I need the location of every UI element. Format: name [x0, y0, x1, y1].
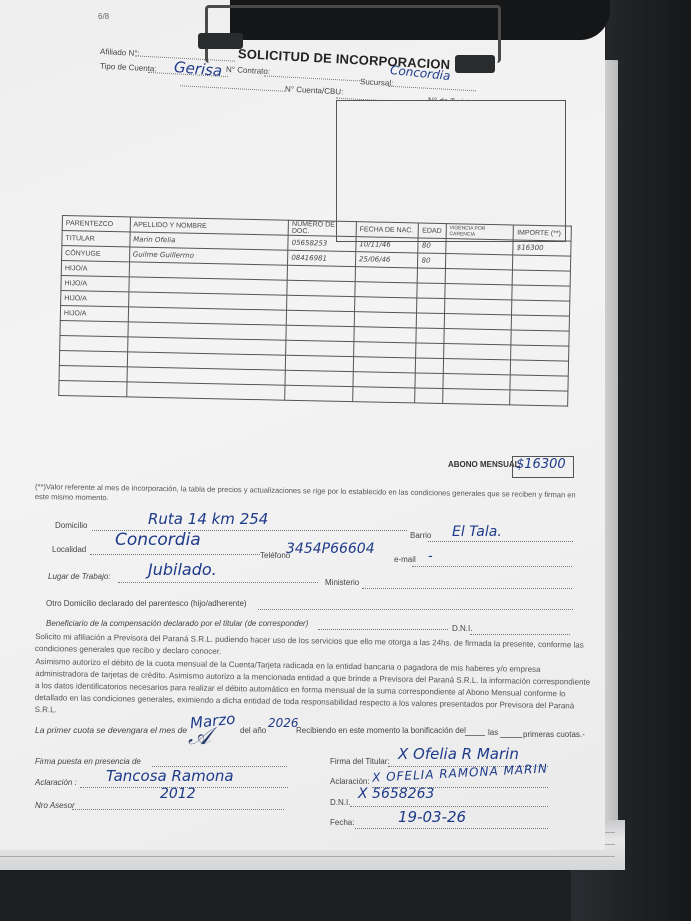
las-label: las	[488, 728, 498, 737]
domicilio-label: Domicilio	[55, 521, 87, 530]
clip-foot-right	[455, 55, 495, 73]
cell-vigencia[interactable]	[444, 299, 512, 315]
aclaracion-right-label: Aclaración:	[330, 777, 370, 786]
cell-fecha[interactable]	[354, 312, 417, 328]
beneficiario-dni-label: D.N.I.	[452, 624, 472, 633]
localidad-line[interactable]	[90, 554, 260, 555]
cell-fecha[interactable]	[353, 342, 416, 358]
witness-signature: 𝒜	[188, 722, 211, 750]
col-parentezco: PARENTEZCO	[62, 216, 130, 232]
cell-doc[interactable]	[285, 385, 353, 401]
cell-fecha[interactable]: 10/11/46	[356, 237, 419, 253]
domicilio-value[interactable]: Ruta 14 km 254	[148, 510, 268, 528]
cell-importe[interactable]	[512, 315, 570, 331]
presencia-label: Firma puesta en presencia de	[35, 757, 141, 766]
beneficiario-line[interactable]	[318, 629, 448, 630]
clip-foot-left	[198, 33, 243, 49]
cell-parentezco	[60, 320, 128, 336]
aclaracion-left-label: Aclaración :	[35, 778, 77, 787]
cell-importe[interactable]: $16300	[513, 240, 571, 256]
cell-edad[interactable]	[418, 268, 446, 284]
cell-importe[interactable]	[511, 345, 569, 361]
cell-parentezco	[59, 350, 127, 366]
cell-edad[interactable]	[416, 343, 444, 359]
barrio-line[interactable]	[428, 541, 573, 542]
first-payment-middle: Recibiendo en este momento la bonificaci…	[296, 726, 466, 735]
cell-edad[interactable]	[417, 283, 445, 299]
dni-label: D.N.I.	[330, 798, 350, 807]
cell-parentezco: CÓNYUGE	[62, 246, 130, 262]
cell-importe[interactable]	[513, 270, 571, 286]
email-value[interactable]: -	[428, 549, 433, 564]
cell-doc[interactable]	[286, 310, 354, 326]
cell-doc[interactable]	[287, 295, 355, 311]
firma-titular-value[interactable]: X Ofelia R Marin	[398, 745, 519, 763]
cell-vigencia[interactable]	[443, 359, 511, 375]
cell-vigencia[interactable]	[444, 314, 512, 330]
fecha-value[interactable]: 19-03-26	[398, 808, 466, 826]
cell-parentezco: HIJO/A	[61, 290, 129, 306]
abono-label: ABONO MENSUAL	[448, 460, 520, 469]
email-line[interactable]	[412, 566, 572, 567]
cuotas-line[interactable]	[500, 737, 522, 738]
contrato-line[interactable]	[264, 75, 364, 81]
cell-vigencia[interactable]	[443, 344, 511, 360]
cell-vigencia[interactable]	[445, 284, 513, 300]
page-number: 6/8	[98, 12, 109, 21]
paragraph-autorizacion: Asimismo autorizo el débito de la cuota …	[35, 656, 591, 725]
cell-fecha[interactable]	[355, 267, 418, 283]
cell-parentezco: HIJO/A	[60, 305, 128, 321]
cell-importe[interactable]	[512, 285, 570, 301]
cell-nombre[interactable]	[126, 382, 285, 400]
cell-doc[interactable]	[286, 325, 354, 341]
email-label: e-mail	[394, 555, 416, 564]
trabajo-value[interactable]: Jubilado.	[148, 560, 217, 579]
ministerio-label: Ministerio	[325, 578, 359, 587]
cell-doc[interactable]	[285, 370, 353, 386]
cell-vigencia[interactable]	[446, 239, 514, 255]
cell-edad[interactable]	[415, 388, 443, 404]
trabajo-label: Lugar de Trabajo:	[48, 572, 111, 581]
fecha-label: Fecha:	[330, 818, 354, 827]
otro-domicilio-line[interactable]	[258, 609, 573, 610]
cell-importe[interactable]	[510, 390, 568, 406]
cell-vigencia[interactable]	[445, 269, 513, 285]
sucursal-line[interactable]	[388, 86, 476, 92]
col-importe: IMPORTE (**)	[513, 225, 571, 241]
cell-edad[interactable]: 80	[418, 253, 446, 269]
asesor-value[interactable]: 2012	[160, 786, 196, 802]
members-table: PARENTEZCO APELLIDO Y NOMBRE NÚMERO DE D…	[58, 215, 572, 407]
beneficiario-dni-line[interactable]	[470, 634, 570, 635]
cell-importe[interactable]	[511, 330, 569, 346]
fecha-line[interactable]	[355, 828, 548, 829]
cell-fecha[interactable]	[354, 297, 417, 313]
bonus-line[interactable]	[465, 735, 485, 736]
cell-vigencia[interactable]	[442, 389, 510, 405]
year-value[interactable]: 2026	[268, 716, 299, 730]
localidad-value[interactable]: Concordia	[115, 530, 201, 550]
cell-importe[interactable]	[510, 375, 568, 391]
firma-titular-label: Firma del Titular:	[330, 757, 390, 766]
cell-importe[interactable]	[513, 255, 571, 271]
cell-parentezco	[60, 335, 128, 351]
cell-vigencia[interactable]	[445, 254, 513, 270]
localidad-label: Localidad	[52, 545, 86, 554]
cell-edad[interactable]	[417, 298, 445, 314]
aclaracion-right-value[interactable]: X OFELIA RAMONA MARIN	[372, 761, 548, 784]
cell-doc[interactable]	[286, 355, 354, 371]
col-doc: NÚMERO DE DOC.	[288, 220, 356, 236]
cell-fecha[interactable]	[354, 327, 417, 343]
cell-vigencia[interactable]	[443, 374, 511, 390]
cuenta-cbu-label: N° Cuenta/CBU:	[285, 84, 344, 96]
cell-parentezco: HIJO/A	[61, 275, 129, 291]
cell-parentezco: TITULAR	[62, 231, 130, 247]
cell-fecha[interactable]	[353, 357, 416, 373]
cell-edad[interactable]: 80	[418, 238, 446, 254]
form-sheet: 6/8 Afiliado N°: SOLICITUD DE INCORPORAC…	[0, 0, 605, 850]
col-edad: EDAD	[419, 223, 447, 239]
otro-domicilio-label: Otro Domicilio declarado del parentesco …	[46, 599, 247, 608]
cuenta-line-lead[interactable]	[180, 85, 285, 91]
year-label: del año	[240, 726, 266, 735]
cell-doc[interactable]	[286, 340, 354, 356]
telefono-value[interactable]: 3454P66604	[286, 541, 375, 557]
cell-parentezco: HIJO/A	[61, 261, 129, 277]
aclaracion-left-value[interactable]: Tancosa Ramona	[106, 767, 234, 785]
ministerio-line[interactable]	[362, 588, 572, 589]
cell-edad[interactable]	[416, 328, 444, 344]
cell-importe[interactable]	[512, 300, 570, 316]
cell-doc[interactable]	[287, 265, 355, 281]
col-fecha: FECHA DE NAC.	[356, 222, 419, 238]
beneficiario-label: Beneficiario de la compensación declarad…	[46, 619, 308, 628]
first-payment-prefix: La primer cuota se devengara el mes de	[35, 725, 187, 735]
asesor-line[interactable]	[72, 809, 284, 810]
footnote: (**)Valor referente al mes de incorporac…	[35, 482, 590, 511]
abono-value[interactable]: $16300	[516, 457, 566, 472]
cell-parentezco	[59, 365, 127, 381]
asesor-label: Nro Asesor	[35, 801, 75, 810]
cell-edad[interactable]	[417, 313, 445, 329]
barrio-label: Barrio	[410, 531, 431, 540]
cell-parentezco	[59, 380, 127, 396]
cell-fecha[interactable]	[353, 372, 416, 388]
cell-edad[interactable]	[415, 373, 443, 389]
cell-fecha[interactable]	[353, 387, 416, 403]
cell-fecha[interactable]	[355, 282, 418, 298]
afiliado-label: Afiliado N°:	[100, 47, 140, 58]
cell-doc[interactable]: 08416981	[288, 250, 356, 266]
first-payment-suffix: primeras cuotas.-	[523, 730, 585, 739]
cell-importe[interactable]	[511, 360, 569, 376]
cell-vigencia[interactable]	[444, 329, 512, 345]
barrio-value[interactable]: El Tala.	[452, 524, 502, 540]
trabajo-line[interactable]	[118, 582, 318, 583]
dni-line[interactable]	[350, 806, 548, 807]
dni-value[interactable]: X 5658263	[358, 786, 434, 802]
cell-fecha[interactable]: 25/06/46	[355, 252, 418, 268]
cell-edad[interactable]	[416, 358, 444, 374]
cell-doc[interactable]: 05658253	[288, 235, 356, 251]
cell-doc[interactable]	[287, 280, 355, 296]
col-vigencia: VIGENCIA POR CARENCIA	[446, 224, 514, 240]
